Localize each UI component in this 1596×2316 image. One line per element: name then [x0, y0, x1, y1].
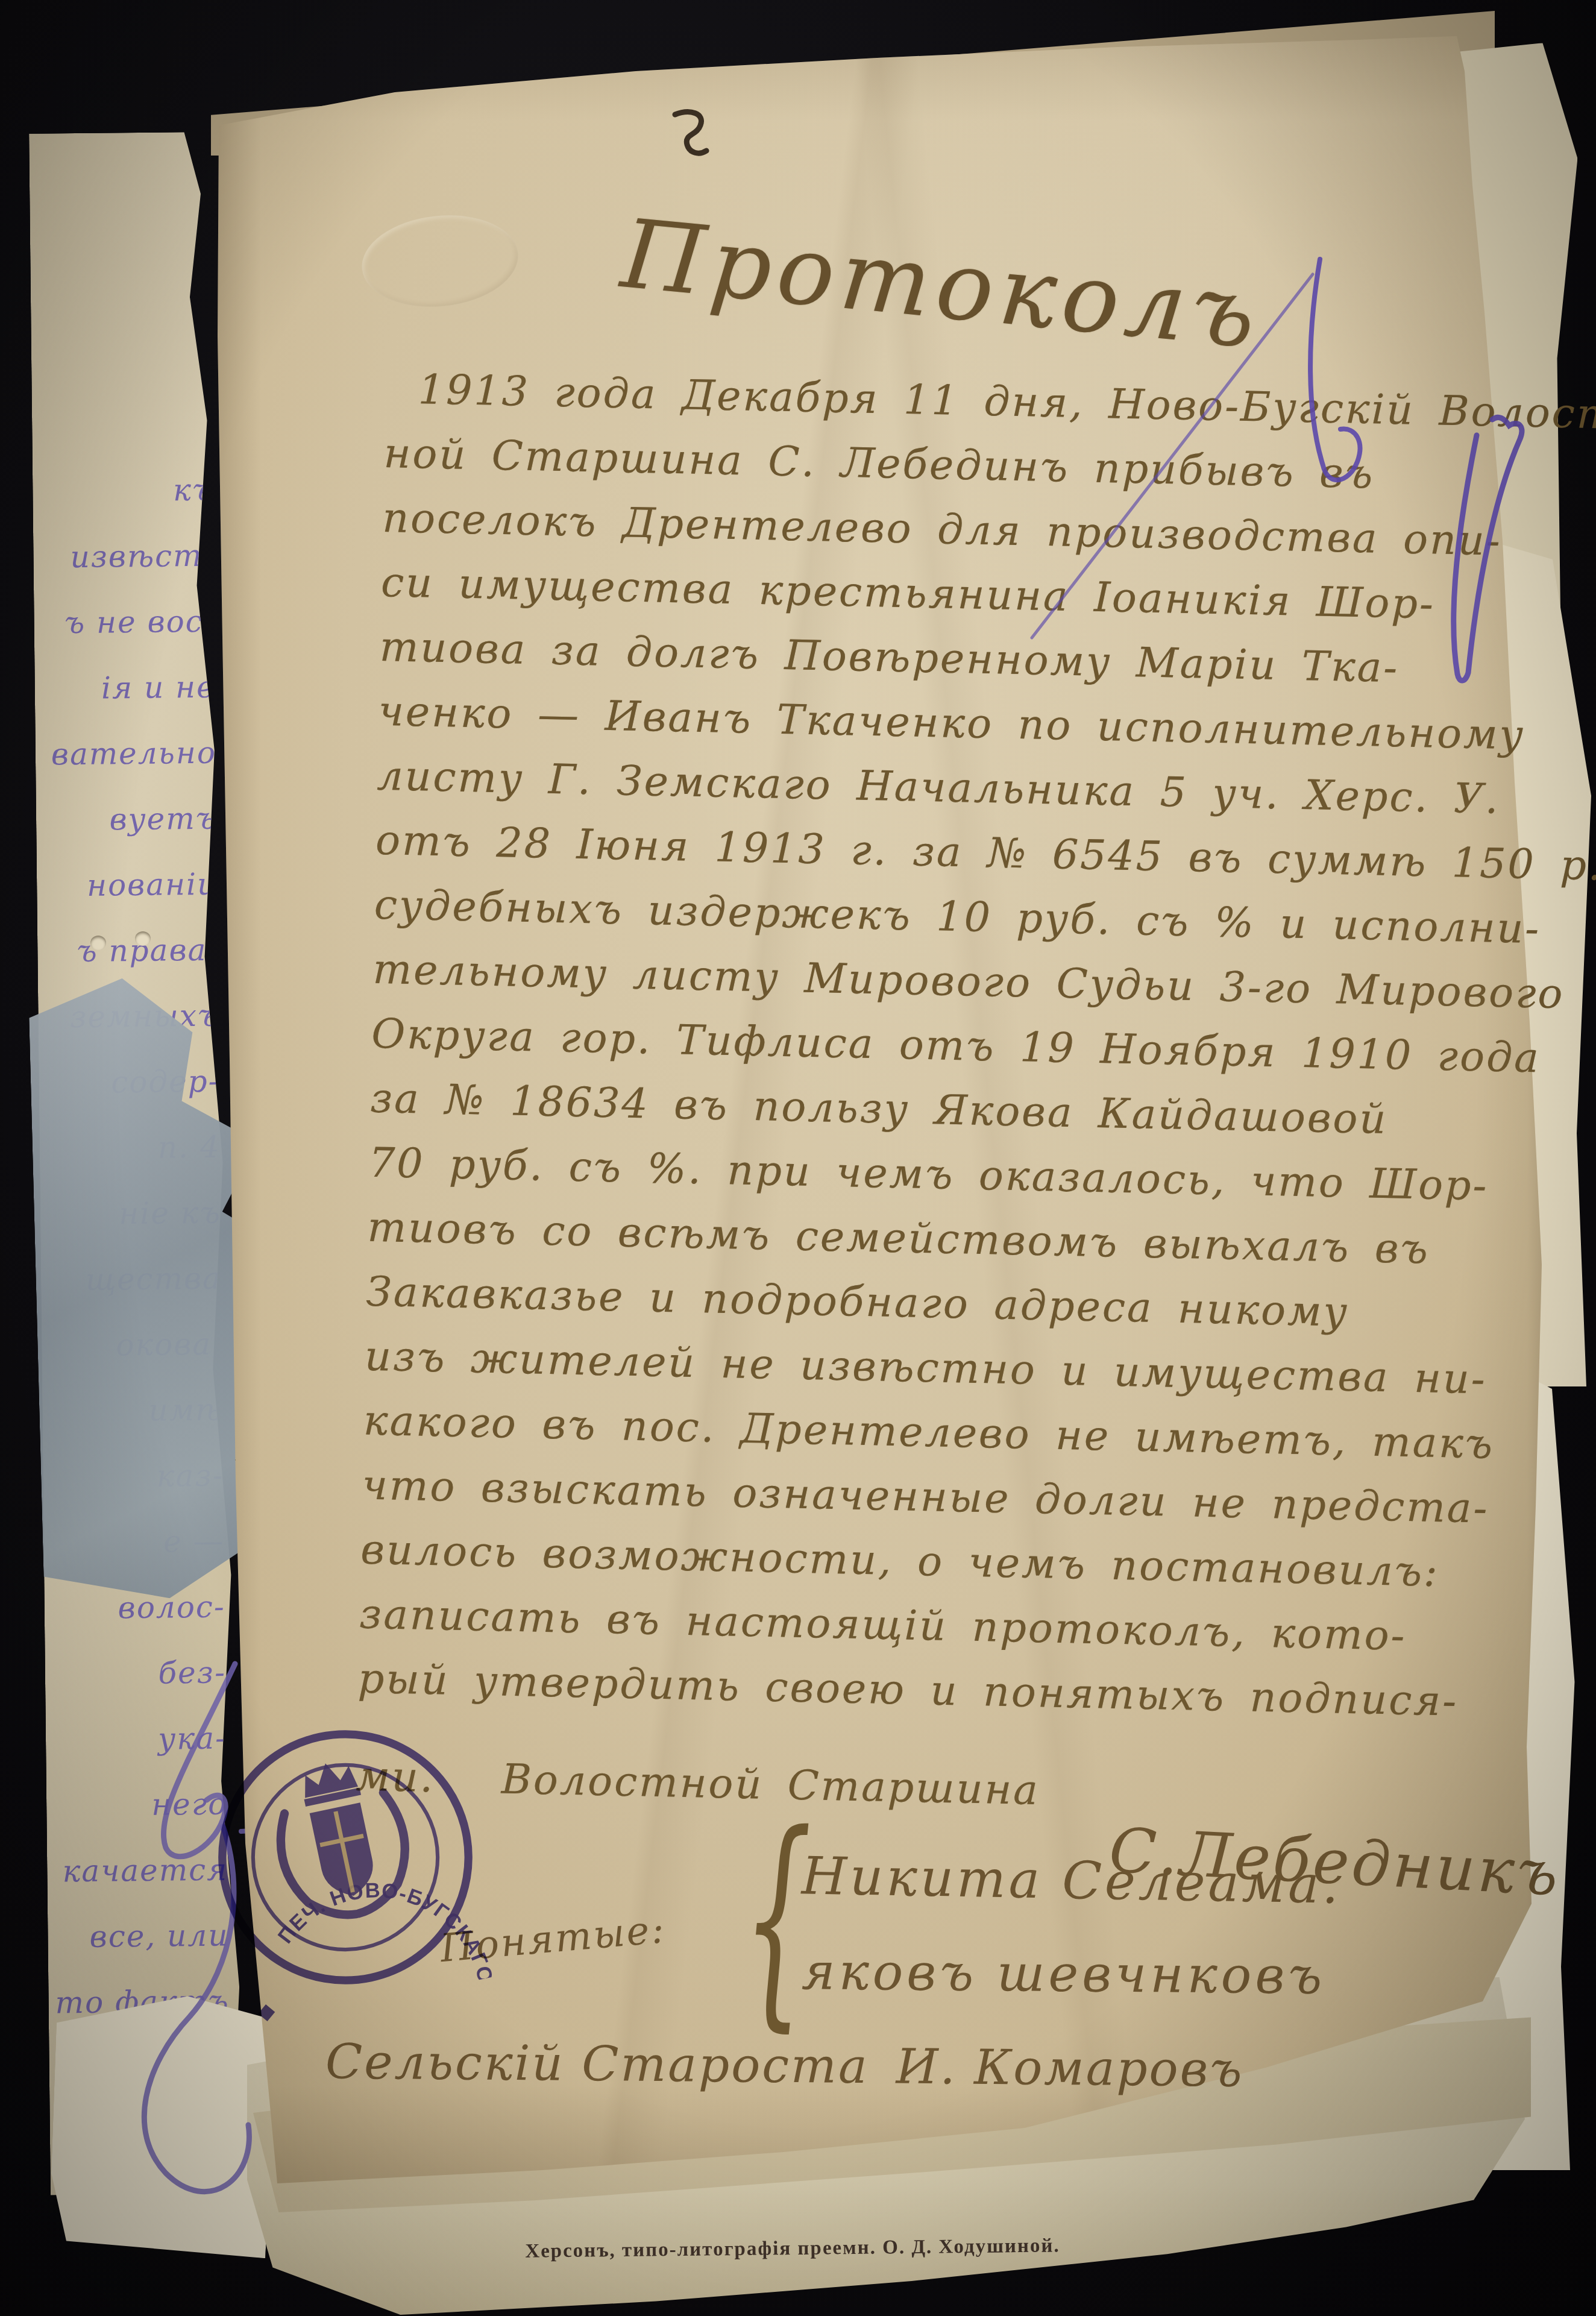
handwritten-fragment: къ извѣст- — [33, 458, 215, 591]
handwritten-fragment: ъ не вос- — [34, 589, 215, 656]
starosta-role-label: Сельскій Староста — [325, 2033, 869, 2094]
starosta-signature-row: Сельскій СтаростаИ. Комаровъ — [325, 2033, 1244, 2097]
witness-signature: яковъ шевчнковъ — [802, 1942, 1326, 2006]
starosta-signature: И. Комаровъ — [896, 2039, 1244, 2098]
witness-brace: { — [743, 1785, 812, 2051]
handwritten-fragment: вуетъ — [36, 786, 217, 854]
punch-hole — [135, 931, 151, 946]
archival-photo: къ извѣст- ъ не вос- ія и не вательно ву… — [0, 0, 1596, 2316]
registrar-check-mark — [994, 157, 1573, 705]
handwritten-fragment: ъ права- — [37, 917, 219, 985]
handwritten-fragment: вательно — [35, 720, 216, 788]
volost-seal-stamp: ПЕЧ. НОВО-БУГСКАГО ВОЛОСТ. ПРАВ. ХЕР. УѢ… — [170, 1682, 520, 2032]
handwritten-fragment: ія и не — [34, 655, 216, 722]
witness-signature: Никита Селеама. — [801, 1846, 1342, 1916]
stray-ink-mark — [657, 102, 729, 169]
handwritten-fragment: нованіи — [37, 852, 218, 919]
punch-hole — [90, 936, 106, 950]
